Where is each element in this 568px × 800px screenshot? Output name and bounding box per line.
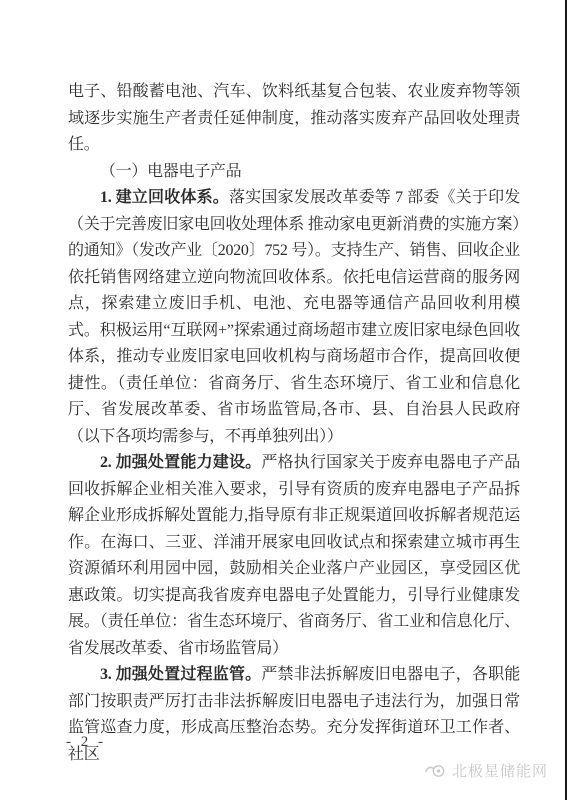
bold-lead-run: 1. 建立回收体系。 [100, 189, 229, 206]
scanned-document-page: 电子、铅酸蓄电池、汽车、饮料纸基复合包装、农业废弃物等领域逐步实施生产者责任延伸… [0, 0, 568, 800]
bold-lead-run: 2. 加强处置能力建设。 [100, 454, 261, 471]
paragraph-numbered-item: 2. 加强处置能力建设。严格执行国家关于废弃电器电子产品回收拆解企业相关准入要求… [68, 450, 520, 662]
bjx-logo-icon [425, 762, 447, 780]
scan-edge-artifact [565, 0, 567, 800]
document-body: 电子、铅酸蓄电池、汽车、饮料纸基复合包装、农业废弃物等领域逐步实施生产者责任延伸… [68, 79, 520, 768]
text-run: 落实国家发展改革委等 7 部委《关于印发（关于完善废旧家电回收处理体系 推动家电… [68, 189, 520, 445]
paragraph-numbered-item: 3. 加强处置过程监管。严禁非法拆解废旧电器电子，各职能部门按职责严厉打击非法拆… [68, 662, 520, 768]
paragraph-numbered-item: 1. 建立回收体系。落实国家发展改革委等 7 部委《关于印发（关于完善废旧家电回… [68, 185, 520, 450]
watermark: 北极星储能网 [425, 760, 548, 781]
watermark-text: 北极星储能网 [452, 760, 548, 781]
text-run: 严格执行国家关于废弃电器电子产品回收拆解企业相关准入要求，引导有资质的废弃电器电… [68, 454, 520, 657]
page-number: - 2 - [66, 734, 106, 751]
bold-lead-run: 3. 加强处置过程监管。 [100, 666, 261, 683]
text-run: 电子、铅酸蓄电池、汽车、饮料纸基复合包装、农业废弃物等领域逐步实施生产者责任延伸… [68, 83, 520, 153]
text-run: （一）电器电子产品 [100, 163, 241, 180]
paragraph-sub-heading: （一）电器电子产品 [68, 159, 520, 186]
paragraph-continuation: 电子、铅酸蓄电池、汽车、饮料纸基复合包装、农业废弃物等领域逐步实施生产者责任延伸… [68, 79, 520, 159]
